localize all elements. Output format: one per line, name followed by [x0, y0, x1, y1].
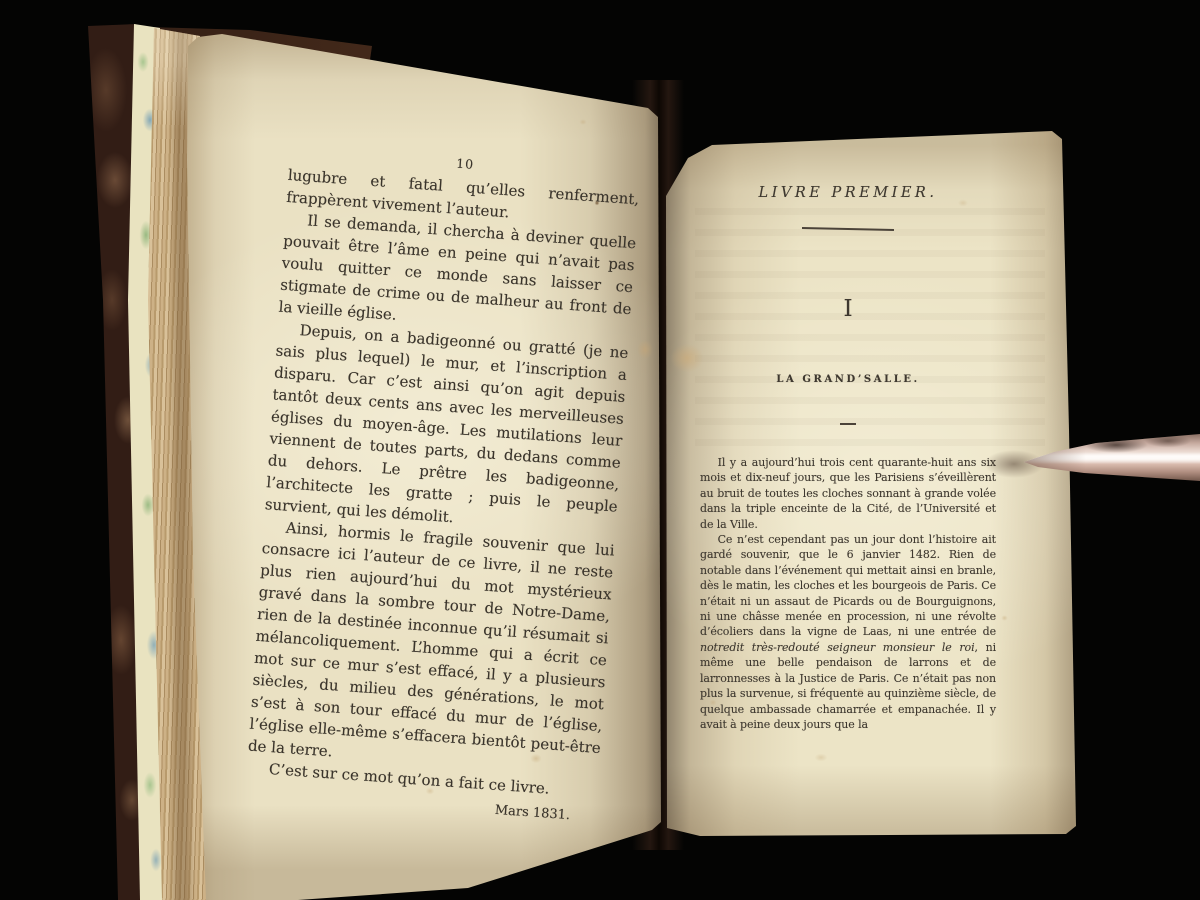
paragraph-text: , ni même une belle pendaison de larrons… [700, 641, 996, 731]
right-page-text-block: LIVRE PREMIER. I LA GRAND’SALLE. Il y a … [700, 186, 996, 732]
section-dash [840, 423, 856, 425]
foxing-stain [528, 752, 544, 765]
foxing-stain [854, 686, 866, 695]
chapter-title: LA GRAND’SALLE. [700, 375, 996, 385]
paragraph-text: Ce n’est cependant pas un jour dont l’hi… [700, 533, 996, 638]
open-book-photo: 10 lugubre et fatal qu’elles renferment,… [0, 0, 1200, 900]
book-part-title: LIVRE PREMIER. [700, 186, 996, 201]
foxing-stain [578, 118, 588, 126]
chapter-number: I [700, 298, 996, 321]
paragraph: Il y a aujourd’hui trois cent quarante-h… [700, 455, 996, 532]
paragraph: Ce n’est cependant pas un jour dont l’hi… [700, 532, 996, 732]
foxing-stain [322, 700, 334, 710]
foxing-stain [634, 336, 656, 363]
foxing-stain [812, 752, 830, 763]
foxing-stain [708, 698, 718, 707]
section-rule [802, 227, 894, 230]
foxing-stain [664, 338, 710, 378]
foxing-stain [424, 786, 436, 796]
paragraph: Depuis, on a badigeonné ou gratté (je ne… [264, 317, 629, 539]
ink-speck [594, 200, 600, 206]
paragraph: Ainsi, hormis le fragile souvenir que lu… [247, 515, 615, 781]
foxing-stain [956, 198, 970, 208]
left-page-text-block: 10 lugubre et fatal qu’elles renferment,… [244, 146, 641, 828]
paragraph-italic-phrase: notredit très-redouté seigneur monsieur … [700, 641, 975, 654]
foxing-stain [1000, 614, 1009, 622]
